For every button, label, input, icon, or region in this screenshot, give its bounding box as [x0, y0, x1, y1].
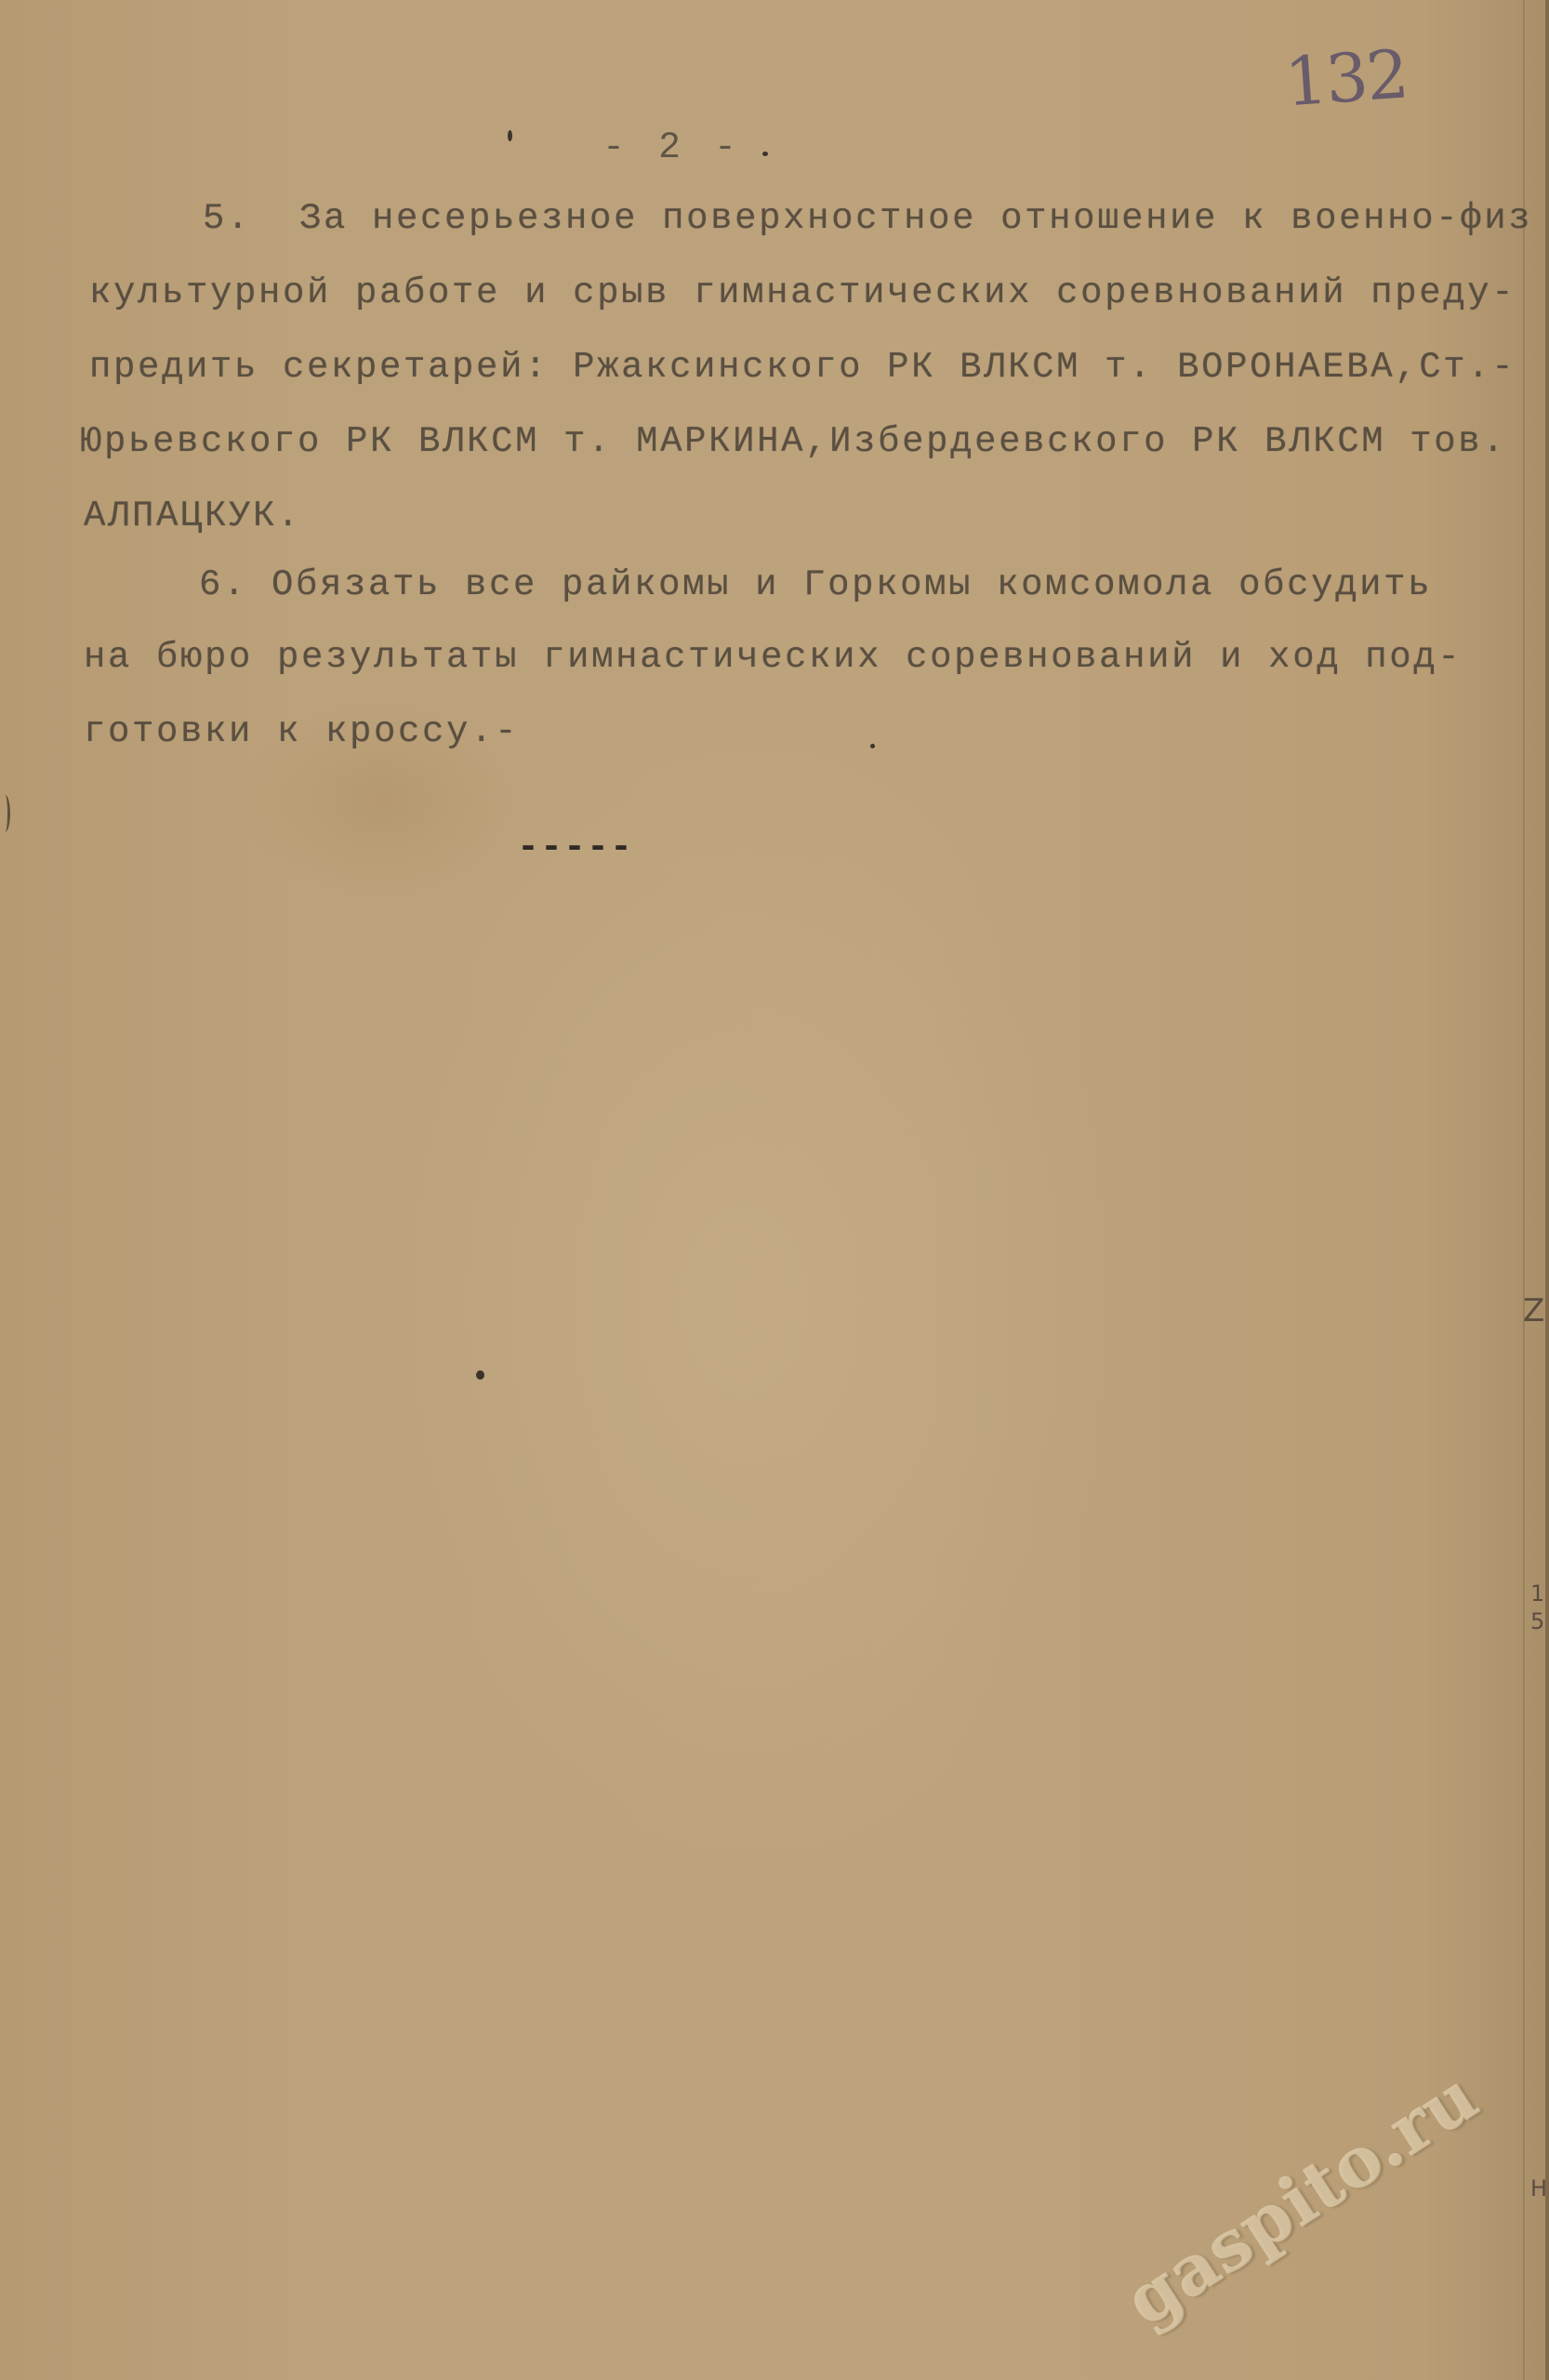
- ink-speck: [870, 744, 875, 748]
- page-fold-line: [1523, 0, 1525, 2380]
- paragraph-5-line-2: культурной работе и срыв гимнастических …: [89, 275, 1516, 311]
- page-number: - 2 -: [602, 127, 742, 169]
- paragraph-5-line-5: АЛПАЦКУК.: [84, 498, 301, 535]
- paragraph-5-line-4: Юрьевского РК ВЛКСМ т. МАРКИНА,Избердеев…: [80, 424, 1506, 460]
- binding-mark: [0, 795, 10, 832]
- ink-speck: [508, 130, 512, 141]
- ink-speck: [476, 1370, 484, 1380]
- archive-sheet-number: 132: [1282, 35, 1410, 122]
- ink-speck: [762, 152, 768, 156]
- paragraph-6-line-3: готовки к кроссу.-: [84, 714, 519, 750]
- margin-mark: 1: [1530, 1580, 1544, 1606]
- margin-mark: Z: [1523, 1292, 1544, 1329]
- paragraph-5-line-3: предить секретарей: Ржаксинского РК ВЛКС…: [89, 350, 1516, 386]
- margin-mark: 5: [1530, 1608, 1544, 1634]
- paragraph-6-line-2: на бюро результаты гимнастических соревн…: [84, 640, 1462, 676]
- paragraph-6-line-1: 6. Обязать все райкомы и Горкомы комсомо…: [199, 567, 1432, 603]
- page-edge: [1545, 0, 1549, 2380]
- end-separator: -----: [517, 827, 633, 869]
- paragraph-5-line-1: 5. За несерьезное поверхностное отношени…: [203, 201, 1532, 237]
- margin-mark: Н: [1530, 2175, 1547, 2201]
